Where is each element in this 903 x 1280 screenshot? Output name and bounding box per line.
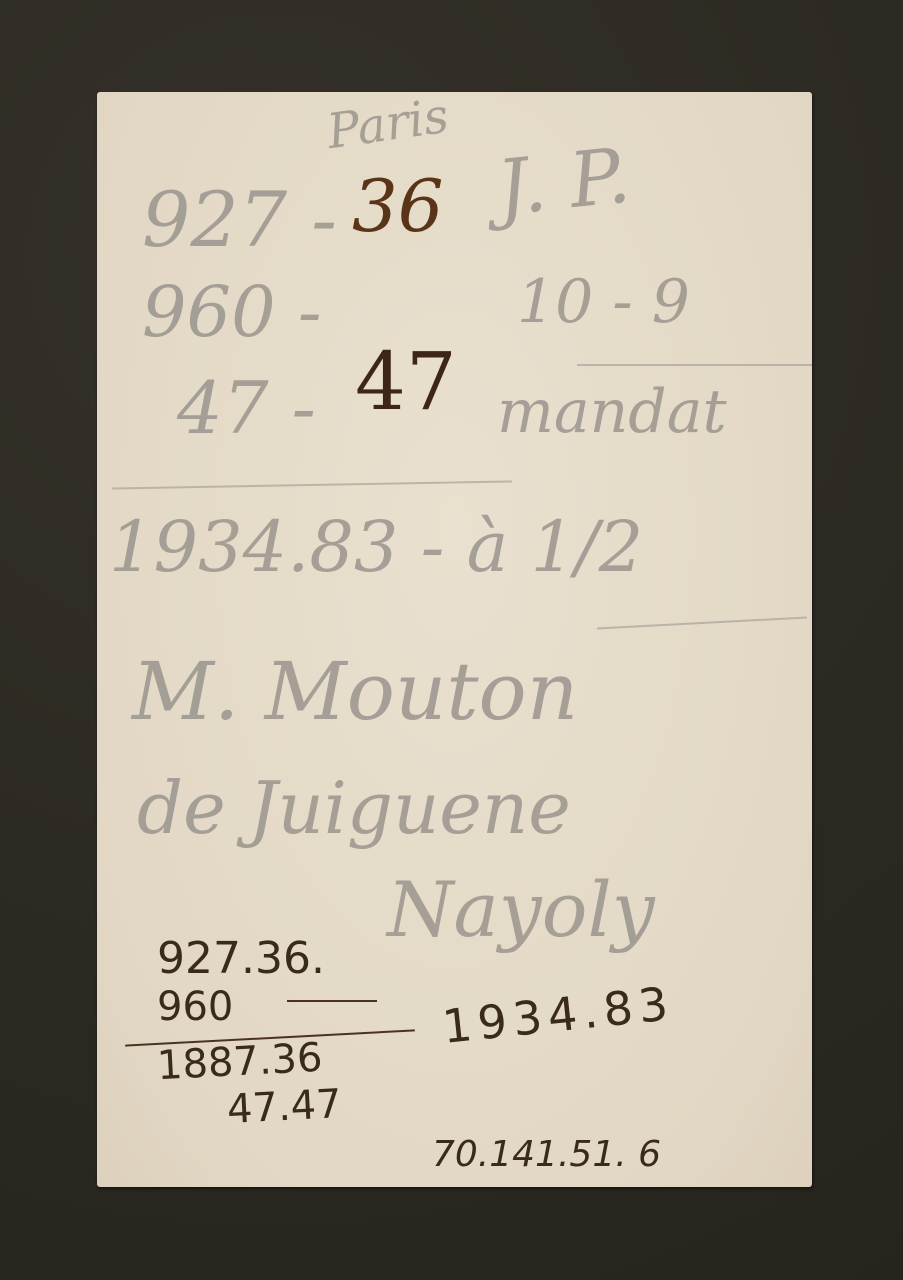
pencil-name-line2: de Juiguene bbox=[137, 772, 571, 844]
pencil-line2-right: 10 - 9 bbox=[517, 272, 690, 332]
pencil-name-line1: M. Mouton bbox=[132, 652, 578, 732]
ink-cents-47: 47 bbox=[355, 342, 457, 422]
ink-calc-line2: 960 bbox=[157, 987, 233, 1027]
pencil-sum-rule bbox=[112, 481, 512, 490]
ink-calc-subtotal: 1887.36 bbox=[156, 1038, 323, 1087]
pencil-line1-left: 927 - bbox=[142, 182, 337, 258]
pencil-line1-right: J. P. bbox=[493, 137, 633, 226]
pencil-line3-left: 47 - bbox=[177, 372, 316, 444]
pencil-header: Paris bbox=[324, 92, 451, 156]
ink-calc-total: 1934.83 bbox=[440, 980, 676, 1050]
ink-calc-line1: 927.36. bbox=[157, 937, 325, 981]
inventory-number: 70.141.51. 6 bbox=[432, 1137, 661, 1173]
pencil-total: 1934.83 - à 1/2 bbox=[109, 512, 643, 582]
pencil-rule-top bbox=[577, 364, 812, 366]
ink-short-rule bbox=[287, 1000, 377, 1002]
pencil-name-line3: Nayoly bbox=[387, 872, 655, 948]
ink-cents-36: 36 bbox=[352, 170, 444, 242]
pencil-line3-right: mandat bbox=[497, 382, 727, 442]
pencil-rule-mid bbox=[597, 617, 807, 630]
pencil-line2-left: 960 - bbox=[142, 277, 322, 347]
document-card: Paris 927 - J. P. 960 - 10 - 9 47 - mand… bbox=[97, 92, 812, 1187]
ink-calc-line4: 47.47 bbox=[226, 1084, 342, 1130]
